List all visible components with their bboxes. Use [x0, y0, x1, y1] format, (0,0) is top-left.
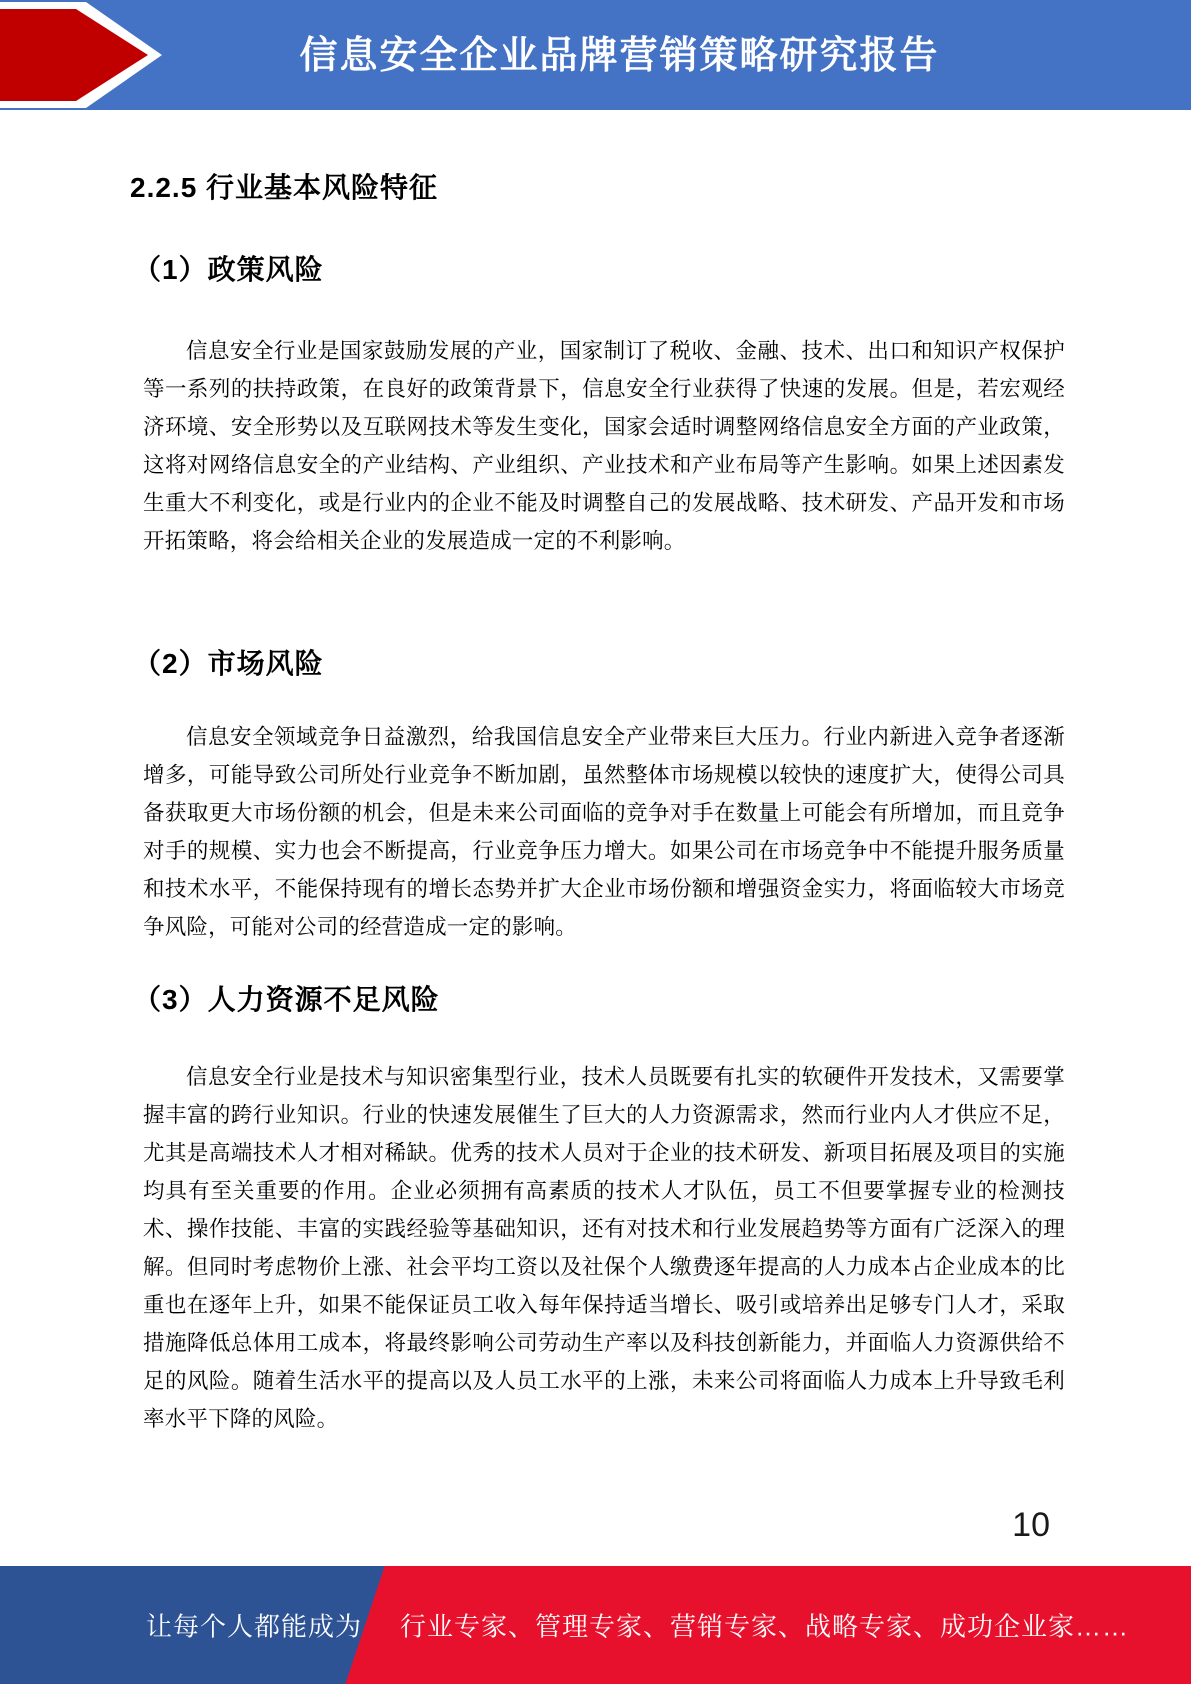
footer-slogan-left: 让每个人都能成为	[146, 1607, 362, 1644]
footer-slogan-right: 行业专家、管理专家、营销专家、战略专家、成功企业家……	[400, 1607, 1129, 1644]
page-number: 10	[1012, 1506, 1050, 1545]
report-page: 信息安全企业品牌营销策略研究报告 2.2.5 行业基本风险特征 （1）政策风险 …	[0, 0, 1191, 1684]
subsection-heading-market-risk: （2）市场风险	[133, 646, 1065, 682]
red-arrow-icon	[0, 0, 165, 110]
paragraph-hr-risk: 信息安全行业是技术与知识密集型行业，技术人员既要有扎实的软硬件开发技术，又需要掌…	[143, 1058, 1065, 1438]
subsection-heading-hr-risk: （3）人力资源不足风险	[133, 982, 1065, 1018]
report-title: 信息安全企业品牌营销策略研究报告	[299, 24, 939, 87]
paragraph-policy-risk: 信息安全行业是国家鼓励发展的产业，国家制订了税收、金融、技术、出口和知识产权保护…	[143, 332, 1065, 560]
page-header-banner: 信息安全企业品牌营销策略研究报告	[0, 0, 1191, 110]
subsection-heading-policy-risk: （1）政策风险	[133, 252, 1065, 288]
section-heading: 2.2.5 行业基本风险特征	[130, 170, 1065, 206]
document-body: 2.2.5 行业基本风险特征 （1）政策风险 信息安全行业是国家鼓励发展的产业，…	[143, 110, 1065, 1438]
page-footer-banner: 让每个人都能成为 行业专家、管理专家、营销专家、战略专家、成功企业家……	[0, 1566, 1191, 1684]
paragraph-market-risk: 信息安全领域竞争日益激烈，给我国信息安全产业带来巨大压力。行业内新进入竞争者逐渐…	[143, 718, 1065, 946]
